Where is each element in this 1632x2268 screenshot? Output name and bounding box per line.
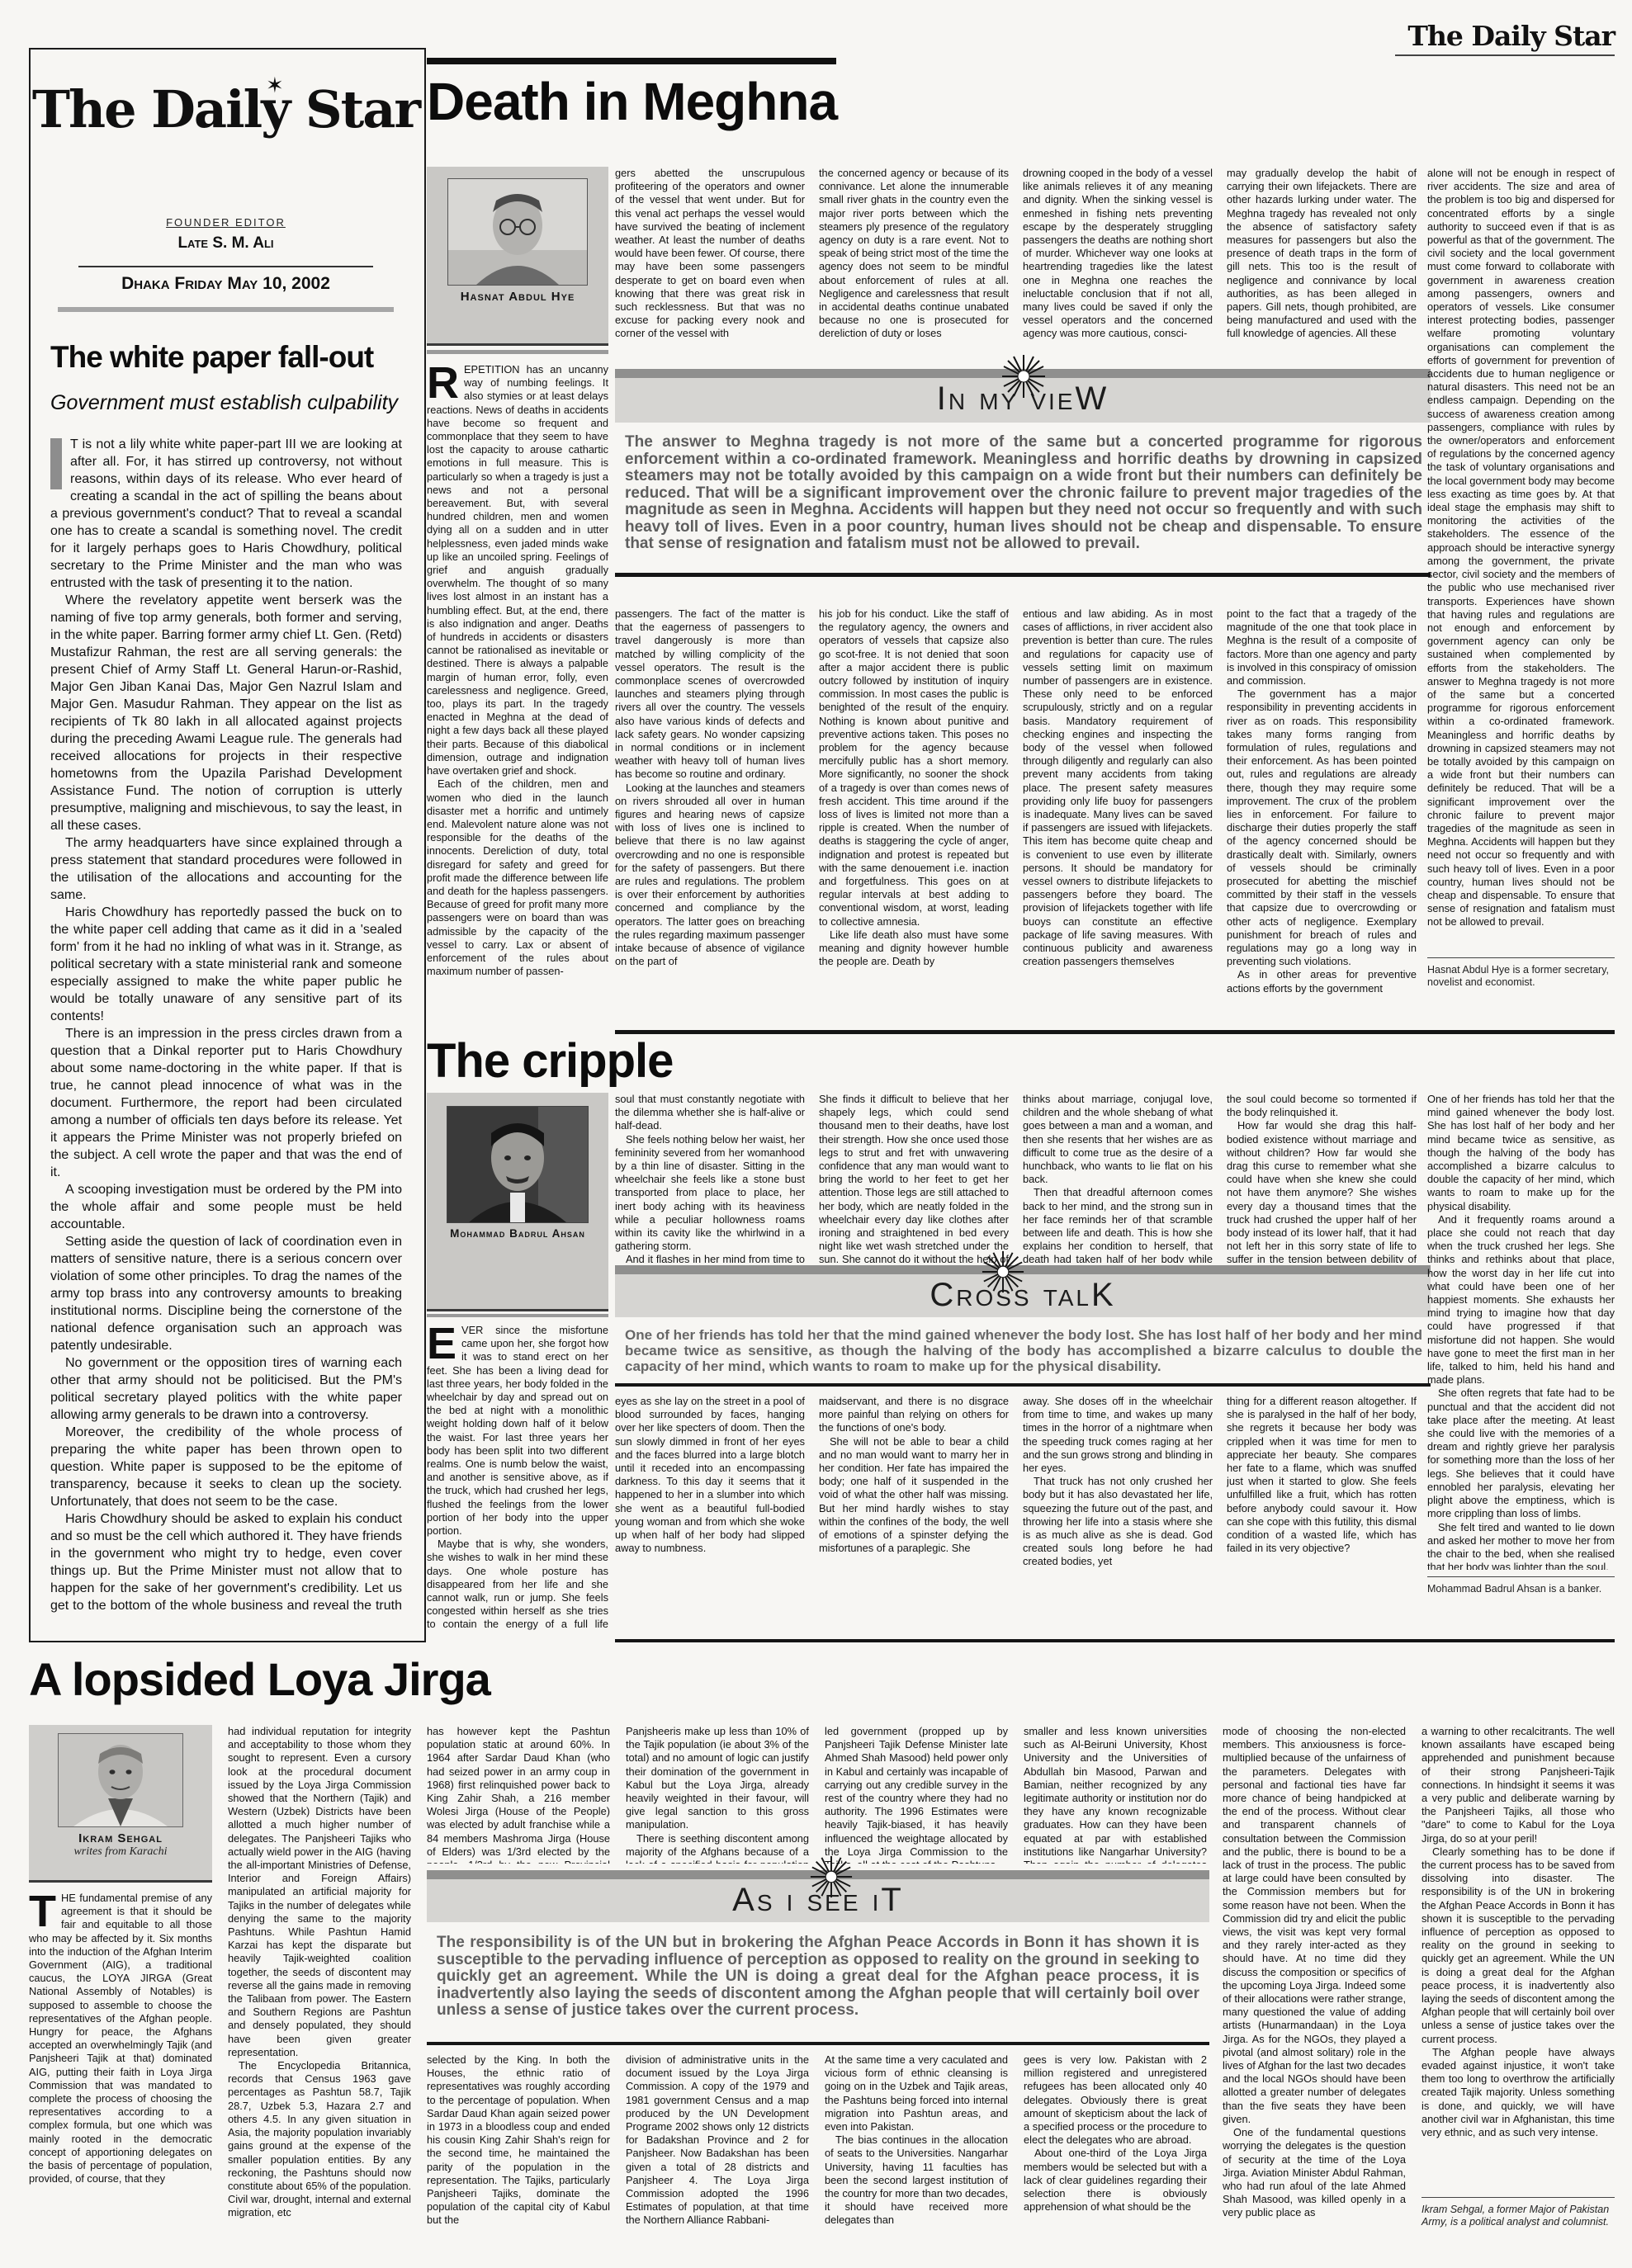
paragraph: the concerned agency or because of its c… [819, 167, 1009, 341]
paragraph: And it flashes in her mind from time to … [615, 1253, 805, 1263]
as-i-see-it-bottom-rule [427, 2042, 1209, 2045]
paragraph: Panjsheeris make up less than 10% of the… [626, 1725, 809, 1832]
jirga-headline: A lopsided Loya Jirga [29, 1652, 490, 1706]
meghna-col1-bottom: passengers. The fact of the matter is th… [615, 607, 805, 1025]
paragraph: She finds it difficult to believe that h… [819, 1093, 1009, 1263]
paragraph: Where the revelatory appetite went berse… [50, 592, 402, 834]
paragraph: selected by the King. In both the Houses… [427, 2053, 610, 2228]
paragraph: away. She doses off in the wheelchair fr… [1023, 1395, 1213, 1475]
paragraph: Looking at the launches and steamers on … [615, 782, 805, 969]
jirga-credit: Ikram Sehgal, a former Major of Pakistan… [1421, 2204, 1615, 2228]
cross-talk-quote: One of her friends has told her that the… [625, 1327, 1422, 1377]
jirga-dropcap: T [29, 1893, 56, 1930]
meghna-sidebar-column: alone will not be enough in respect of r… [1427, 167, 1615, 951]
meghna-intro-column: R EPETITION has an uncanny way of numbin… [427, 363, 608, 1023]
starburst-icon [1000, 353, 1047, 399]
paragraph: She often regrets that fate had to be pu… [1427, 1387, 1615, 1520]
paragraph: And it frequently roams around a place s… [1427, 1213, 1615, 1387]
editorial-title: The white paper fall-out [50, 340, 405, 375]
ikram-sehgal-photo [58, 1733, 183, 1827]
cripple-end-rule [615, 1639, 1615, 1642]
cripple-sidebar-column: One of her friends has told her that the… [1427, 1093, 1615, 1570]
mohammad-badrul-ahsan-photo [447, 1106, 589, 1223]
paragraph: mode of choosing the non-elected members… [1223, 1725, 1406, 2126]
meghna-headline: Death in Meghna [427, 71, 837, 132]
paragraph: One of her friends has told her that the… [1427, 1093, 1615, 1213]
paragraph: There is seething discontent among major… [626, 1832, 809, 1864]
jirga-col3-bottom: selected by the King. In both the Houses… [427, 2053, 610, 2265]
cripple-col4-top: thinks about marriage, conjugal love, ch… [1023, 1093, 1213, 1263]
paragraph: No government or the opposition tires of… [50, 1354, 402, 1424]
paragraph: Like life death also must have some mean… [819, 928, 1009, 969]
meghna-col1-top: gers abetted the unscrupulous profiteeri… [615, 167, 805, 370]
founder-editor-label: FOUNDER EDITOR [29, 216, 423, 229]
cripple-credit-rule [1427, 1576, 1615, 1577]
paragraph: HE fundamental premise of any agreement … [29, 1892, 212, 2185]
jirga-col6-top: smaller and less known universities such… [1024, 1725, 1207, 1864]
paragraph: gees is very low. Pakistan with 2 millio… [1024, 2053, 1207, 2147]
paragraph: may gradually develop the habit of carry… [1227, 167, 1417, 341]
masthead-rule [78, 266, 373, 267]
jirga-col7: mode of choosing the non-elected members… [1223, 1725, 1406, 2265]
paragraph: EPETITION has an uncanny way of numbing … [427, 363, 608, 777]
paragraph: She felt tired and wanted to lie down an… [1427, 1521, 1615, 1571]
paragraph: At the same time a very caculated and vi… [825, 2053, 1008, 2133]
paragraph: The Encyclopedia Britannica, records tha… [228, 2059, 411, 2219]
paragraph: the soul could become so tormented if th… [1227, 1093, 1417, 1119]
jirga-author-panel: Ikram Sehgal writes from Karachi [29, 1725, 212, 1883]
meghna-end-rule [615, 1030, 1615, 1034]
paragraph: division of administrative units in the … [626, 2053, 809, 2228]
paragraph: Then that dreadful afternoon comes back … [1023, 1186, 1213, 1263]
star-icon: ✶ [266, 73, 284, 98]
cripple-col5-top: the soul could become so tormented if th… [1227, 1093, 1417, 1263]
newspaper-page: The Daily Star The Daily Star ✶ FOUNDER … [0, 0, 1632, 2268]
dateline: Dhaka Friday May 10, 2002 [29, 274, 423, 294]
cripple-credit: Mohammad Badrul Ahsan is a banker. [1427, 1583, 1615, 1595]
masthead-thick-rule [58, 307, 394, 312]
cripple-dropcap: E [427, 1325, 456, 1362]
paragraph: had individual reputation for integrity … [228, 1725, 411, 2059]
meghna-credit: Hasnat Abdul Hye is a former secretary, … [1427, 964, 1615, 989]
editorial-body: T is not a lily white white paper-part I… [50, 436, 402, 1616]
meghna-col2-top: the concerned agency or because of its c… [819, 167, 1009, 370]
meghna-col4-bottom: point to the fact that a tragedy of the … [1227, 607, 1417, 1025]
paragraph: Haris Chowdhury should be asked to expla… [50, 1510, 402, 1616]
paragraph: She feels nothing below her waist, her f… [615, 1133, 805, 1254]
cripple-col3-top: She finds it difficult to believe that h… [819, 1093, 1009, 1263]
paragraph: A scooping investigation must be ordered… [50, 1181, 402, 1233]
in-my-view-bottom-rule [615, 573, 1431, 577]
meghna-col4-top: may gradually develop the habit of carry… [1227, 167, 1417, 370]
paragraph: point to the fact that a tragedy of the … [1227, 607, 1417, 687]
meghna-dropcap: R [427, 365, 459, 401]
paragraph: a warning to other recalcitrants. The we… [1421, 1725, 1615, 1845]
cripple-col3-bottom: maidservant, and there is no disgrace mo… [819, 1395, 1009, 1634]
starburst-icon [981, 1250, 1025, 1294]
meghna-col3-bottom: entious and law abiding. As in most case… [1023, 607, 1213, 1025]
paragraph: thing for a different reason altogether.… [1227, 1395, 1417, 1555]
paragraph: The bias continues in the allocation of … [825, 2133, 1008, 2227]
paragraph: maidservant, and there is no disgrace mo… [819, 1395, 1009, 1435]
jirga-col4-top: Panjsheeris make up less than 10% of the… [626, 1725, 809, 1864]
jirga-byline-sub: writes from Karachi [29, 1845, 212, 1859]
paragraph: The government has a major responsibilit… [1227, 687, 1417, 968]
meghna-col3-top: drowning cooped in the body of a vessel … [1023, 167, 1213, 370]
paragraph: Haris Chowdhury has reportedly passed th… [50, 904, 402, 1025]
paragraph: has however kept the Pashtun population … [427, 1725, 610, 1864]
jirga-col6-bottom: gees is very low. Pakistan with 2 millio… [1024, 2053, 1207, 2265]
paragraph: eyes as she lay on the street in a pool … [615, 1395, 805, 1555]
paragraph: Clearly something has to be done if the … [1421, 1845, 1615, 2046]
paragraph: thinks about marriage, conjugal love, ch… [1023, 1093, 1213, 1186]
cripple-intro-column: E VER since the misfortune came upon her… [427, 1324, 608, 1632]
paragraph: Each of the children, men and women who … [427, 777, 608, 978]
paragraph: drowning cooped in the body of a vessel … [1023, 167, 1213, 341]
paragraph: Setting aside the question of lack of co… [50, 1233, 402, 1354]
paragraph: There is an impression in the press circ… [50, 1025, 402, 1181]
paragraph: gers abetted the unscrupulous profiteeri… [615, 167, 805, 341]
meghna-top-bar [427, 58, 836, 64]
jirga-col2: had individual reputation for integrity … [228, 1725, 411, 2265]
cripple-panel-rule [427, 1314, 608, 1317]
masthead-logo: The Daily Star [29, 79, 423, 139]
jirga-col5-top: led government (propped up by Panjsheeri… [825, 1725, 1008, 1864]
paragraph: led government (propped up by Panjsheeri… [825, 1725, 1008, 1864]
editorial-subtitle: Government must establish culpability [50, 391, 405, 415]
founder-editor-name: Late S. M. Ali [29, 234, 423, 253]
meghna-col2-bottom: his job for his conduct. Like the staff … [819, 607, 1009, 1025]
paragraph: The Afghan people have always evaded aga… [1421, 2046, 1615, 2139]
paragraph: As in other areas for preventive actions… [1227, 968, 1417, 995]
cripple-col4-bottom: away. She doses off in the wheelchair fr… [1023, 1395, 1213, 1634]
meghna-author-panel: Hasnat Abdul Hye [427, 167, 608, 346]
jirga-col5-bottom: At the same time a very caculated and vi… [825, 2053, 1008, 2265]
top-right-logo: The Daily Star [1395, 20, 1615, 52]
jirga-col1: T HE fundamental premise of any agreemen… [29, 1892, 212, 2265]
starburst-icon [809, 1855, 854, 1899]
editorial-dropcap-bar [50, 438, 62, 489]
as-i-see-it-text: The responsibility is of the UN but in b… [437, 1935, 1199, 2035]
jirga-credit-rule [1421, 2197, 1615, 2198]
cripple-headline: The cripple [427, 1033, 673, 1089]
paragraph: She will not be able to bear a child and… [819, 1435, 1009, 1556]
paragraph: alone will not be enough in respect of r… [1427, 167, 1615, 929]
paragraph: passengers. The fact of the matter is th… [615, 607, 805, 782]
paragraph: One of the fundamental questions worryin… [1223, 2126, 1406, 2219]
jirga-col3-top: has however kept the Pashtun population … [427, 1725, 610, 1864]
meghna-panel-rule [427, 350, 608, 354]
jirga-col8: a warning to other recalcitrants. The we… [1421, 1725, 1615, 2192]
cripple-col2-bottom: eyes as she lay on the street in a pool … [615, 1395, 805, 1634]
paragraph: his job for his conduct. Like the staff … [819, 607, 1009, 928]
in-my-view-text: The answer to Meghna tragedy is not more… [625, 434, 1422, 558]
jirga-byline: Ikram Sehgal [29, 1831, 212, 1845]
paragraph: That truck has not only crushed her body… [1023, 1475, 1213, 1568]
logo-underline-rule [1395, 54, 1615, 56]
meghna-byline: Hasnat Abdul Hye [427, 290, 608, 304]
paragraph: T is not a lily white white paper-part I… [50, 436, 402, 592]
paragraph: smaller and less known universities such… [1024, 1725, 1207, 1864]
cripple-col5-bottom: thing for a different reason altogether.… [1227, 1395, 1417, 1634]
cripple-byline: Mohammad Badrul Ahsan [427, 1227, 608, 1240]
paragraph: Moreover, the credibility of the whole p… [50, 1424, 402, 1510]
paragraph: entious and law abiding. As in most case… [1023, 607, 1213, 968]
hasnat-abdul-hye-photo [447, 178, 588, 286]
jirga-col4-bottom: division of administrative units in the … [626, 2053, 809, 2265]
paragraph: The army headquarters have since explain… [50, 834, 402, 904]
paragraph: soul that must constantly negotiate with… [615, 1093, 805, 1133]
paragraph: About one-third of the Loya Jirga member… [1024, 2147, 1207, 2214]
paragraph: How far would she drag this half-bodied … [1227, 1119, 1417, 1263]
cross-talk-bottom-rule [615, 1383, 1431, 1387]
paragraph: Maybe that is why, she wonders, she wish… [427, 1538, 608, 1632]
cripple-col2-top: soul that must constantly negotiate with… [615, 1093, 805, 1263]
cripple-author-panel: Mohammad Badrul Ahsan [427, 1093, 608, 1311]
meghna-credit-rule [1427, 957, 1615, 958]
